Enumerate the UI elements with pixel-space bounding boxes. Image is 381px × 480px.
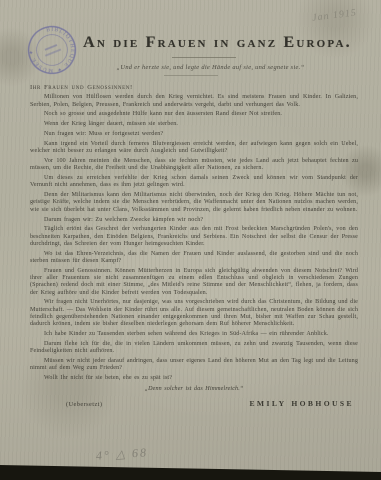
body-paragraph: Denn der Militarismus kann den Militaris… [30,192,358,214]
body-paragraph: Nun fragen wir: Muss er fortgesetzt werd… [30,131,358,138]
closing-quote: „Denn solcher ist das Himmelreich.“ [30,386,358,393]
body-paragraph: Millionen von Hülflosen werden durch den… [30,94,358,109]
salutation: Ihr Frauen und Genossinnen! [30,84,358,91]
body-paragraph: Müssen wir nicht jeder darauf andringen,… [30,358,358,373]
pencil-date-annotation: Jan 1915 [312,7,358,23]
page-title: An die Frauen in ganz Europa. [66,34,369,52]
body-paragraph: Wo ist das Ehren-Verzeichnis, das die Na… [30,251,358,266]
title-rule [172,57,236,58]
body-text: Ihr Frauen und Genossinnen! Millionen vo… [30,84,358,408]
library-stamp-icon: BIBLIOTHEQUE ✦ MUSEE ✦ [16,14,89,87]
body-paragraph: Frauen und Genossinnen. Können Mütterher… [30,268,358,297]
body-paragraph: Kann irgend ein Vorteil durch ferneres B… [30,141,358,156]
author-signature: EMILY HOBHOUSE [249,400,354,407]
body-paragraph: Wir fragen nicht Unerhörtes, nur dasjeni… [30,299,358,328]
body-paragraph: Täglich ertönt das Geschrei der verhunge… [30,226,358,248]
signature-row: (Uebersetzt) EMILY HOBHOUSE [30,400,358,408]
body-paragraph: Noch so grosse und ausgedehnte Hülfe kan… [30,111,358,118]
body-paragraph: Wenn der Krieg länger dauert, müssen sie… [30,121,358,128]
body-paragraph: Ich habe Kinder zu Tausenden sterben seh… [30,331,358,338]
body-paragraph: Um dieses zu erreichen verfehlte der Kri… [30,175,358,190]
body-paragraph: Vor 100 Jahren meinten die Menschen, das… [30,158,358,173]
epigraph-rule [164,75,218,76]
body-paragraph: Darum fragen wir: Zu welchem Zwecke kämp… [30,217,358,224]
pencil-shelfmark-annotation: 4° △ 68 [96,445,149,464]
leaflet-page: BIBLIOTHEQUE ✦ MUSEE ✦ Jan 1915 An die F… [0,0,381,474]
translator-note: (Uebersetzt) [66,401,102,408]
svg-text:BIBLIOTHEQUE ✦ MUSEE ✦: BIBLIOTHEQUE ✦ MUSEE ✦ [21,20,82,82]
body-paragraph: Wollt Ihr nicht für sie beten, ehe es zu… [30,375,358,382]
epigraph-quote: „Und er herzte sie, und legte die Hände … [40,64,381,71]
stamp-ring-text: BIBLIOTHEQUE ✦ MUSEE ✦ [21,20,82,82]
body-paragraph: Darum flehe ich für die, die in vielen L… [30,341,358,356]
